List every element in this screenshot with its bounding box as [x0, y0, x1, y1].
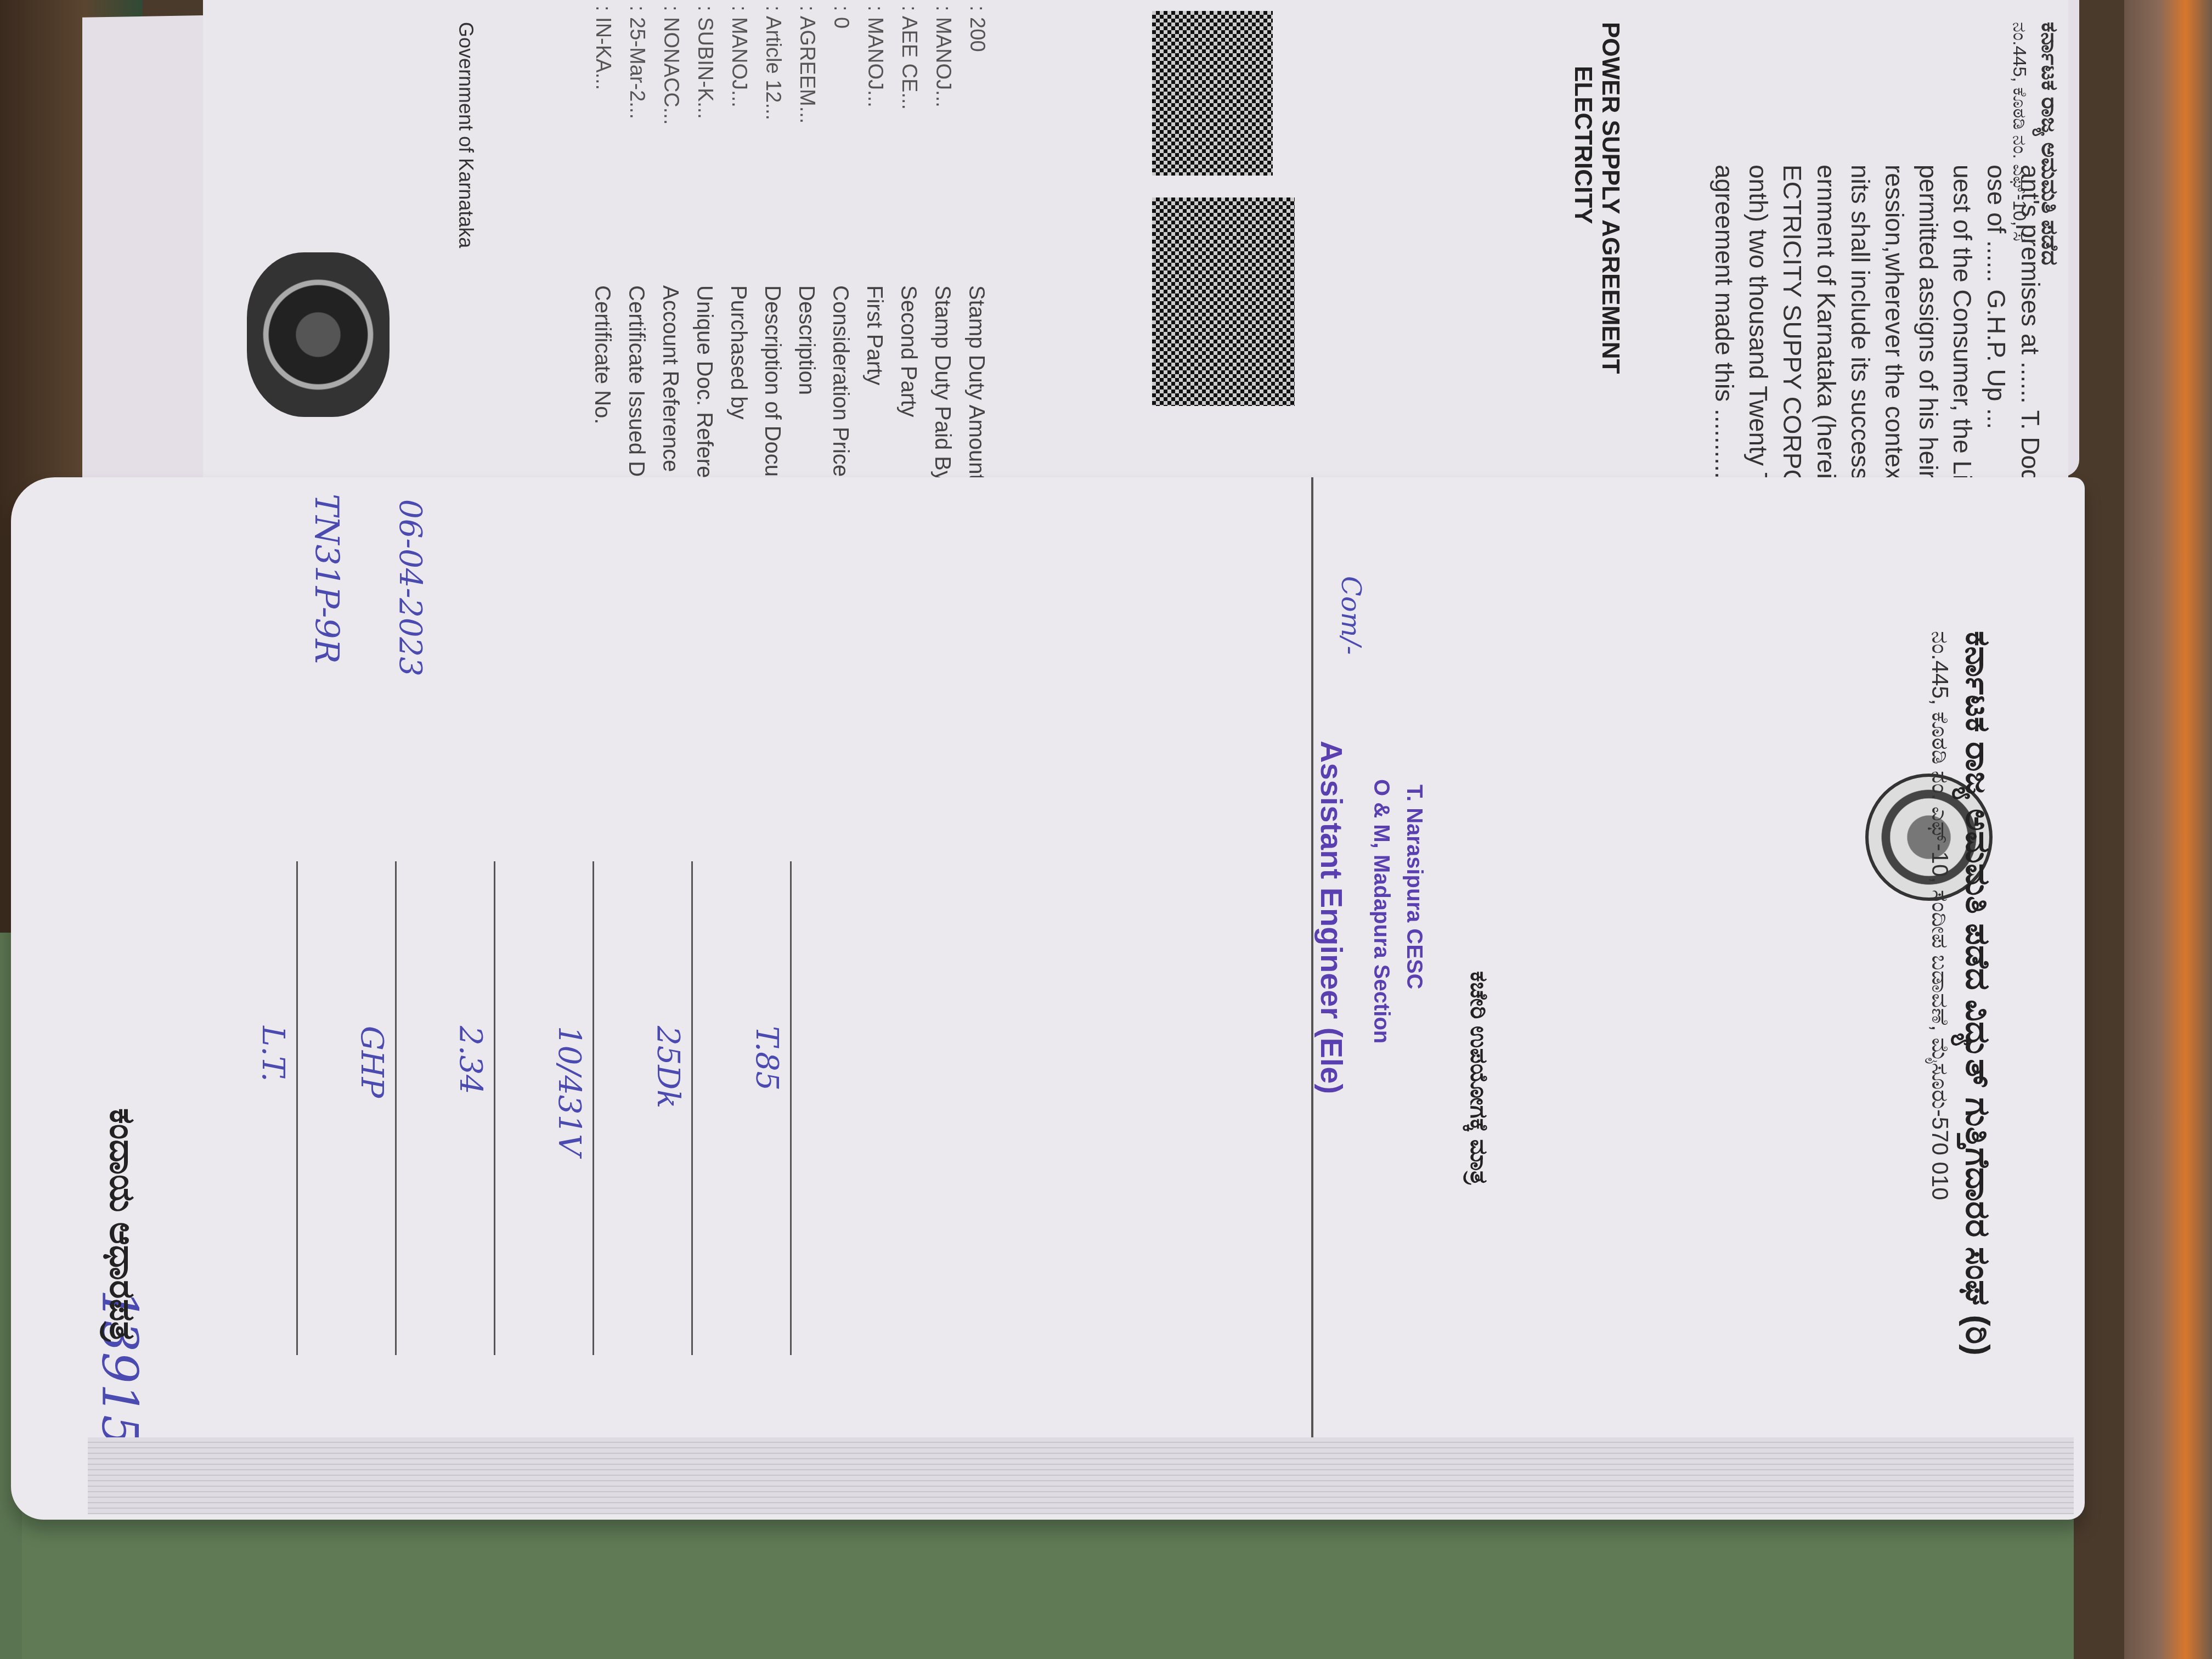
form-field-value: GHP [354, 1026, 390, 1098]
qr-code-bottom [1152, 198, 1295, 406]
agreement-subtitle: ELECTRICITY [1569, 66, 1596, 224]
agreement-title: POWER SUPPLY AGREEMENT [1596, 22, 1624, 374]
agreement-line: ose of ...... G.H.P. Up ... [1982, 165, 2011, 429]
qr-code-top [1152, 11, 1273, 176]
form-field-line [395, 861, 397, 1355]
certificate-label: Description [794, 285, 819, 395]
form-field-line [790, 861, 792, 1355]
e-stamp-certificate: Government of Karnataka Certificate No.C… [203, 0, 2068, 477]
certificate-label: Certificate Issued Date [624, 285, 648, 507]
form-field-line [592, 861, 594, 1355]
handwritten-date: 06-04-2023 [392, 499, 428, 676]
handwritten-code: TN31P-9R [307, 494, 346, 664]
footer-line-2: ನಂ.445, ಕೊಠಡಿ ನಂ. ಎಫ್-10, ಸಂದೀಪ ಬಡಾವಣೆ, … [1926, 631, 1953, 1200]
stamp-line-2: O & M, Madapura Section [1369, 779, 1393, 1043]
form-field-value: 2.34 [453, 1026, 488, 1094]
certificate-value: : SUBIN-K... [693, 5, 716, 119]
stamp-title: Assistant Engineer (Ele) [1314, 741, 1350, 1094]
application-form-page: 139157 ಕಂದಾಯ ಆಧಾರಪತ್ರ TN31P-9R 06-04-202… [11, 477, 2085, 1520]
certificate-value: : 0 [829, 5, 853, 29]
certificate-value: : NONACC... [659, 5, 682, 125]
certificate-value: : IN-KA... [591, 5, 614, 90]
certificate-value: : MANOJ... [863, 5, 887, 108]
certificate-value: : MANOJ... [727, 5, 751, 108]
certificate-header: Government of Karnataka [454, 22, 477, 248]
certificate-label: Account Reference [658, 285, 682, 472]
signature-note: Com/- [1335, 576, 1366, 655]
certificate-label: Certificate No. [590, 285, 614, 424]
certificate-label: Stamp Duty Paid By [930, 285, 955, 482]
form-title: ಕಂದಾಯ ಆಧಾರಪತ್ರ [101, 1108, 143, 1341]
form-field-line [296, 861, 298, 1355]
back-footer-line-2: ನಂ.445, ಕೊಠಡಿ ನಂ. ಎಫ್-10, ಸ [2008, 22, 2030, 241]
certificate-label: First Party [862, 285, 887, 385]
form-field-value: 10/431V [551, 1026, 587, 1156]
form-field-line [494, 861, 495, 1355]
certificate-value: : 200 [965, 5, 989, 52]
form-field-value: T.85 [749, 1026, 785, 1091]
office-use-heading: ಕಚೇರಿ ಉಪಯೋಗಕ್ಕೆ ಮಾತ್ರ [1465, 971, 1492, 1184]
certificate-value: : MANOJ... [931, 5, 955, 108]
form-field-line [691, 861, 693, 1355]
background-fabric-right [2124, 0, 2212, 1659]
divider-line [1311, 477, 1313, 1492]
certificate-label: Second Party [896, 285, 921, 417]
footer-line-1: ಕರ್ನಾಟಕ ರಾಜ್ಯ ಅಮಮತಿ ಪಡೆದ ವಿದ್ಯುತ್ ಗುತ್ತಿ… [1957, 631, 1997, 1356]
certificate-label: Purchased by [726, 285, 751, 420]
page-edges [88, 1437, 2074, 1514]
certificate-value: : AEE CE... [897, 5, 921, 110]
certificate-value: : 25-Mar-2... [625, 5, 648, 119]
certificate-value: : AGREEM... [795, 5, 819, 123]
stamp-line-3: T. Narasipura CESC [1402, 785, 1426, 989]
certificate-value: : Article 12... [761, 5, 785, 120]
national-emblem-icon [247, 252, 390, 417]
form-field-value: L.T. [255, 1026, 291, 1082]
back-footer-line-1: ಕರ್ನಾಟಕ ರಾಜ್ಯ ಅಮಮತಿ ಪಡೆದ [2036, 22, 2063, 266]
form-field-value: 25Dk [650, 1026, 686, 1108]
